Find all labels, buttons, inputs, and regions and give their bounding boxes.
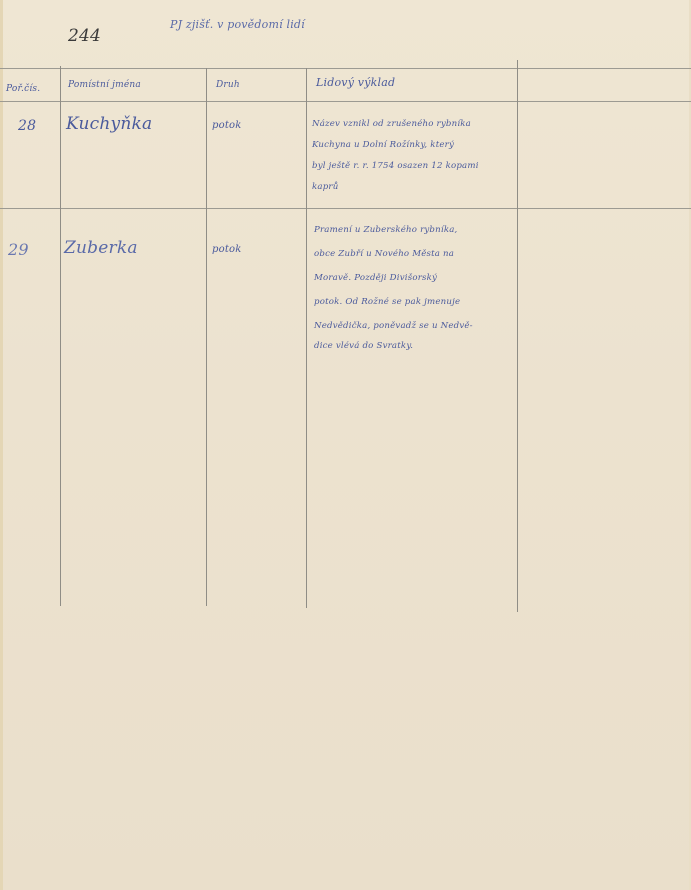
row-folk-explanation-line: byl ještě r. r. 1754 osazen 12 kopami <box>312 156 479 177</box>
col-divider-3 <box>306 68 307 608</box>
page-number: 244 <box>68 26 101 46</box>
rule-header-bottom <box>0 101 691 102</box>
page-edge-left <box>0 0 3 890</box>
col-divider-4 <box>517 60 518 612</box>
header-local-name: Pomístní jména <box>68 80 141 90</box>
header-kind: Druh <box>216 80 240 90</box>
row-kind: potok <box>212 244 242 255</box>
row-number: 29 <box>8 240 29 259</box>
row-folk-explanation-line: Moravě. Později Divišorský <box>314 268 437 289</box>
row-local-name: Zuberka <box>64 238 138 258</box>
col-divider-1 <box>60 66 61 606</box>
heading-note: PJ zjišť. v povědomí lidí <box>170 18 305 31</box>
header-folk-explanation: Lidový výklad <box>316 76 395 89</box>
header-number: Poř.čís. <box>6 84 40 94</box>
rule-top <box>0 68 691 69</box>
row-number: 28 <box>18 118 36 134</box>
row-local-name: Kuchyňka <box>66 114 152 134</box>
col-divider-2 <box>206 68 207 606</box>
row-folk-explanation-line: dice vlévá do Svratky. <box>314 336 413 357</box>
row-kind: potok <box>212 120 242 131</box>
row-folk-explanation-line: obce Zubří u Nového Města na <box>314 244 454 265</box>
document-page: 244 PJ zjišť. v povědomí lidí Poř.čís. P… <box>0 0 691 890</box>
row-folk-explanation-line: kaprů <box>312 177 338 198</box>
row-folk-explanation-line: Kuchyna u Dolní Rožínky, který <box>312 135 454 156</box>
row-folk-explanation-line: Pramení u Zuberského rybníka, <box>314 220 458 241</box>
row-folk-explanation-line: Název vznikl od zrušeného rybníka <box>312 114 471 135</box>
rule-row-28-bottom <box>0 208 691 209</box>
row-folk-explanation-line: potok. Od Rožné se pak jmenuje <box>314 292 460 313</box>
row-folk-explanation-line: Nedvědička, poněvadž se u Nedvě- <box>314 316 473 337</box>
